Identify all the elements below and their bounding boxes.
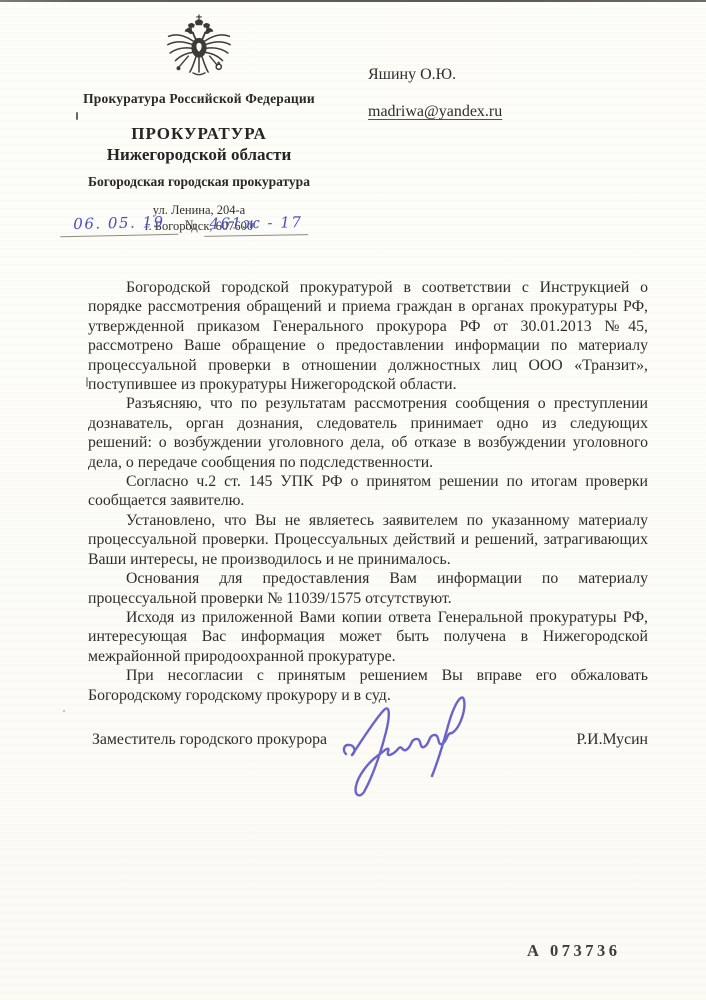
body-paragraph: Разъясняю, что по результатам рассмотрен… [88,394,648,472]
addressee-block: Яшину О.Ю. madriwa@yandex.ru [368,66,502,121]
scan-edge-artifact [0,0,706,2]
addressee-email: madriwa@yandex.ru [368,103,502,121]
scan-speck [63,710,65,712]
handwritten-outgoing-number: 461ж - 17 [204,213,308,237]
body-paragraph: Основания для предоставления Вам информа… [88,569,648,608]
signer-name: Р.И.Мусин [576,731,648,749]
handwritten-signature-icon [332,688,482,800]
org-name-line1: ПРОКУРАТУРА [58,124,340,144]
body-paragraph: Согласно ч.2 ст. 145 УПК РФ о принятом р… [88,472,648,511]
body-paragraph: Исходя из приложенной Вами копии ответа … [88,608,648,666]
registration-line: 06. 05. 19№461ж - 17 [60,214,320,244]
org-subdivision: Богородская городская прокуратура [58,174,340,190]
letter-body: Богородской городской прокуратурой в соо… [88,278,648,705]
body-paragraph: Богородской городской прокуратурой в соо… [88,278,648,394]
signer-position-title: Заместитель городского прокурора [92,731,327,749]
form-serial-number-stamp: А 073736 [527,941,621,961]
scanned-letter-page: Прокуратура Российской Федерации ПРОКУРА… [0,0,706,1000]
org-federation-title: Прокуратура Российской Федерации [58,91,340,107]
letterhead: Прокуратура Российской Федерации ПРОКУРА… [58,10,340,234]
org-name-line2: Нижегородской области [58,145,340,165]
addressee-name: Яшину О.Ю. [368,66,502,84]
coat-of-arms-double-headed-eagle-icon [161,12,237,88]
body-paragraph: Установлено, что Вы не являетесь заявите… [88,511,648,569]
number-sign: № [178,217,204,236]
handwritten-date: 06. 05. 19 [60,213,178,237]
